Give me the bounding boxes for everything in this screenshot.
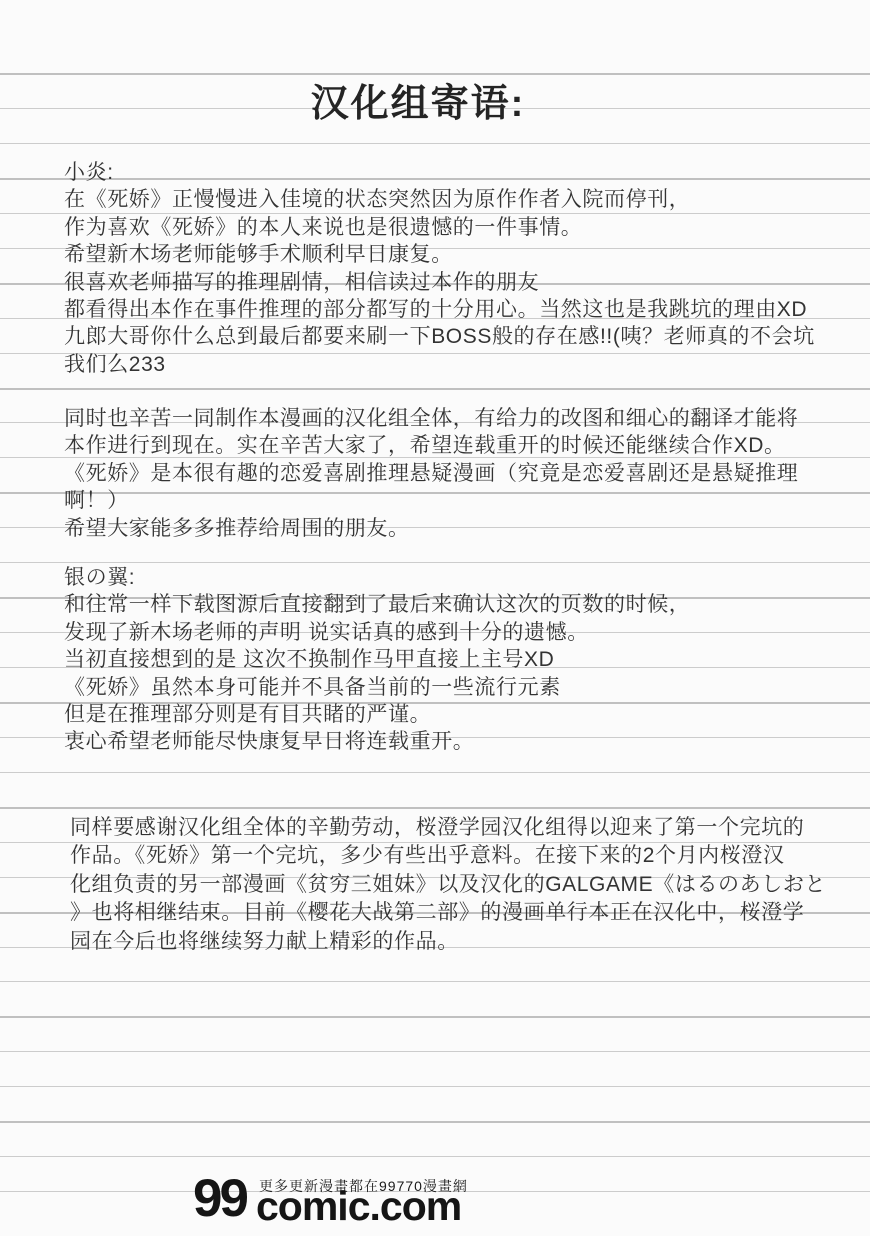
watermark-domain: comic.com	[256, 1186, 461, 1227]
message-section-xiaoyan-continued: 同时也辛苦一同制作本漫画的汉化组全体，有给力的改图和细心的翻译才能将 本作进行到…	[64, 405, 864, 542]
page-title: 汉化组寄语:	[0, 72, 836, 127]
ruled-line	[0, 143, 870, 144]
message-text: 同样要感谢汉化组全体的辛勤劳动，桜澄学园汉化组得以迎来了第一个完坑的 作品。《死…	[70, 814, 870, 956]
scanlation-notes-page: 汉化组寄语: 小炎: 在《死娇》正慢慢进入佳境的状态突然因为原作作者入院而停刊，…	[0, 0, 870, 1236]
ruled-line	[0, 981, 870, 982]
message-text: 和往常一样下载图源后直接翻到了最后来确认这次的页数的时候， 发现了新木场老师的声…	[64, 591, 864, 755]
message-section-xiaoyan: 小炎: 在《死娇》正慢慢进入佳境的状态突然因为原作作者入院而停刊， 作为喜欢《死…	[64, 159, 864, 378]
message-section-yin-no-tsubasa: 银の翼: 和往常一样下载图源后直接翻到了最后来确认这次的页数的时候， 发现了新木…	[64, 564, 864, 756]
message-text: 在《死娇》正慢慢进入佳境的状态突然因为原作作者入院而停刊， 作为喜欢《死娇》的本…	[64, 186, 864, 378]
ruled-line	[0, 1086, 870, 1087]
message-section-group-thanks: 同样要感谢汉化组全体的辛勤劳动，桜澄学园汉化组得以迎来了第一个完坑的 作品。《死…	[70, 814, 870, 956]
message-text: 同时也辛苦一同制作本漫画的汉化组全体，有给力的改图和细心的翻译才能将 本作进行到…	[64, 405, 864, 542]
ruled-line	[0, 1051, 870, 1052]
ruled-line	[0, 1156, 870, 1157]
ruled-line	[0, 388, 870, 390]
ruled-line	[0, 807, 870, 809]
watermark-99-logo: 99	[193, 1172, 246, 1225]
ruled-line	[0, 1016, 870, 1018]
author-name-yin-no-tsubasa: 银の翼:	[64, 564, 864, 591]
ruled-line	[0, 1121, 870, 1123]
ruled-line	[0, 772, 870, 773]
author-name-xiaoyan: 小炎:	[64, 159, 864, 186]
